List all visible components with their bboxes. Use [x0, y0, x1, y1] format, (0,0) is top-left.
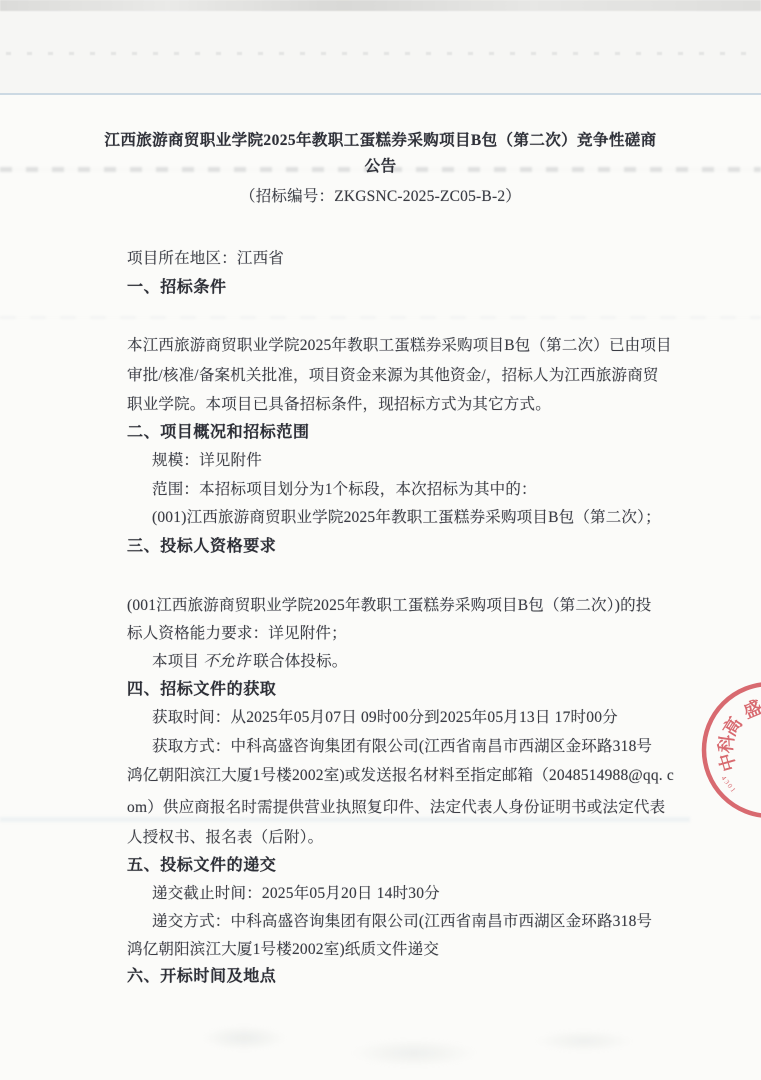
section1-para-line1: 本江西旅游商贸职业学院2025年教职工蛋糕券采购项目B包（第二次）已由项目 — [127, 335, 672, 357]
section3-para-line2: 标人资格能力要求：详见附件； — [127, 623, 347, 645]
consortium-emphasis: 不允许 — [203, 653, 250, 670]
scan-artifact-line — [0, 93, 761, 95]
scan-top-region — [0, 0, 761, 95]
seal-graphic: 中 科 高 盛 4301 — [681, 672, 761, 822]
section1-para-line2: 审批/核准/备案机关批准，项目资金来源为其他资金/，招标人为江西旅游商贸 — [127, 365, 659, 387]
section2-heading: 二、项目概况和招标范围 — [127, 422, 310, 444]
section4-time: 获取时间：从2025年05月07日 09时00分到2025年05月13日 17时… — [152, 707, 618, 729]
document-title-line2: 公告 — [0, 156, 761, 178]
section6-heading: 六、开标时间及地点 — [127, 966, 276, 988]
section5-heading: 五、投标文件的递交 — [127, 855, 276, 877]
seal-char-1: 中 — [715, 751, 740, 774]
section4-method-line4: 人授权书、报名表（后附）。 — [127, 827, 323, 849]
section3-heading: 三、投标人资格要求 — [127, 536, 276, 558]
section4-method-line2: 鸿亿朝阳滨江大厦1号楼2002室)或发送报名材料至指定邮箱（2048514988… — [127, 765, 674, 787]
consortium-suffix: 联合体投标。 — [253, 653, 347, 670]
consortium-prefix: 本项目 — [152, 653, 203, 670]
seal-char-4: 盛 — [740, 696, 761, 722]
tender-number: （招标编号：ZKGSNC-2025-ZC05-B-2） — [0, 186, 761, 208]
company-red-seal: 中 科 高 盛 4301 — [681, 672, 761, 822]
section5-method-line2: 鸿亿朝阳滨江大厦1号楼2002室)纸质文件递交 — [127, 939, 439, 961]
document-title-line1: 江西旅游商贸职业学院2025年教职工蛋糕券采购项目B包（第二次）竞争性磋商 — [0, 130, 761, 152]
section3-para-line1: (001江西旅游商贸职业学院2025年教职工蛋糕券采购项目B包（第二次）)的投 — [127, 595, 651, 617]
project-location: 项目所在地区：江西省 — [127, 248, 284, 270]
scan-artifact-dots — [6, 52, 754, 55]
section4-heading: 四、招标文件的获取 — [127, 679, 276, 701]
section5-deadline: 递交截止时间：2025年05月20日 14时30分 — [152, 883, 440, 905]
scanned-document-page: 江西旅游商贸职业学院2025年教职工蛋糕券采购项目B包（第二次）竞争性磋商 公告… — [0, 0, 761, 1080]
section4-method-line3: om）供应商报名时需提供营业执照复印件、法定代表人身份证明书或法定代表 — [127, 797, 665, 819]
section1-heading: 一、招标条件 — [127, 277, 227, 299]
scan-edge-band — [0, 0, 761, 11]
section2-lot: (001)江西旅游商贸职业学院2025年教职工蛋糕券采购项目B包（第二次）； — [152, 507, 661, 529]
seal-digits: 4301 — [719, 774, 738, 795]
section3-consortium: 本项目 不允许联合体投标。 — [152, 651, 348, 673]
section5-method-line1: 递交方式：中科高盛咨询集团有限公司(江西省南昌市西湖区金环路318号 — [152, 911, 652, 933]
section1-para-line3: 职业学院。本项目已具备招标条件，现招标方式为其它方式。 — [127, 394, 551, 416]
section4-method-line1: 获取方式：中科高盛咨询集团有限公司(江西省南昌市西湖区金环路318号 — [152, 736, 652, 758]
scan-artifact-smudge-2 — [0, 316, 761, 319]
scan-bottom-noise — [40, 1014, 720, 1074]
section2-scope: 范围：本招标项目划分为1个标段，本次招标为其中的： — [152, 479, 537, 501]
section2-scale: 规模：详见附件 — [152, 450, 262, 472]
